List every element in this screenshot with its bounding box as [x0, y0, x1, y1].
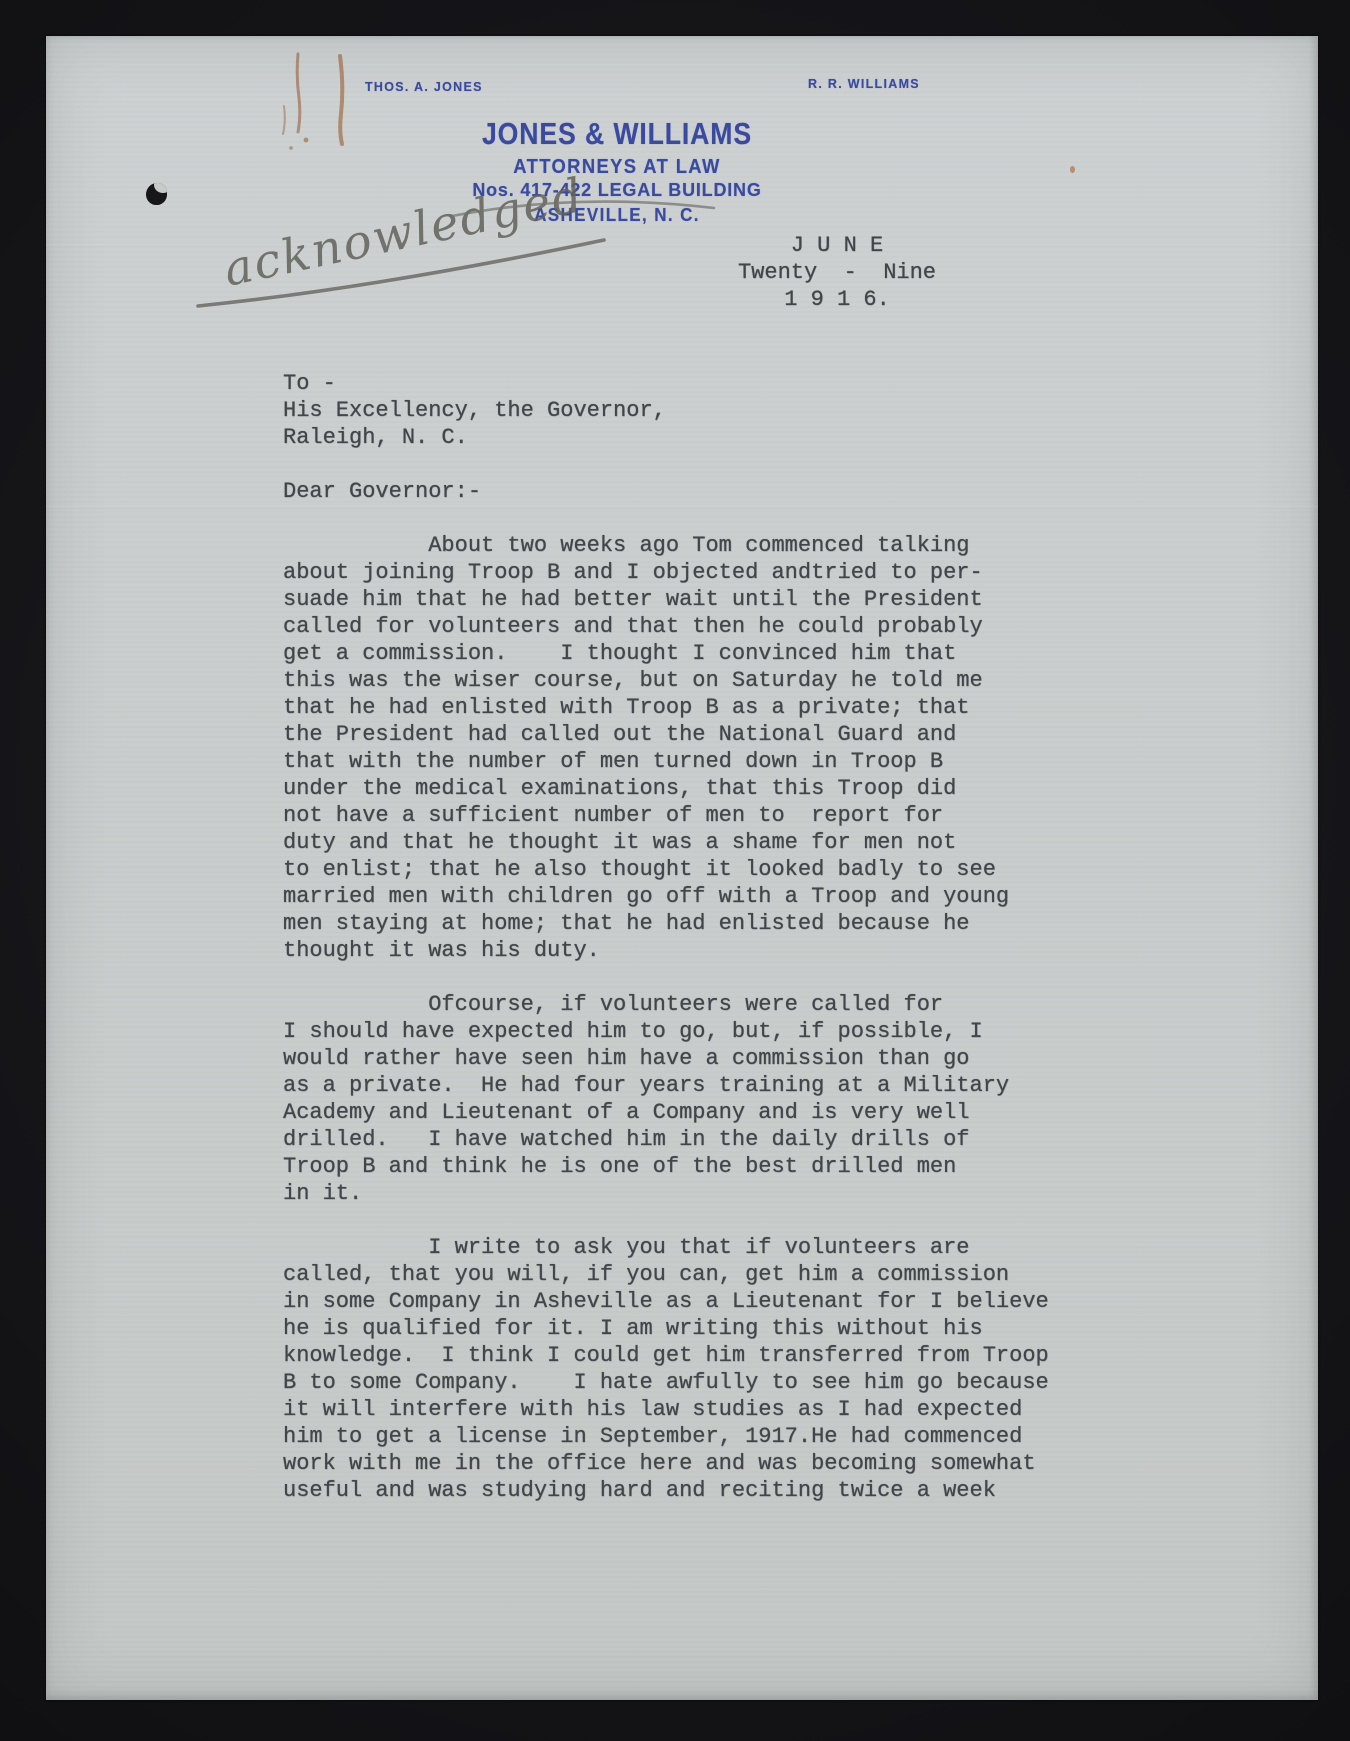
- handwriting-underline-stroke: [198, 240, 604, 306]
- rust-stain-streaks: [236, 36, 376, 166]
- firm-name: JONES & WILLIAMS: [359, 116, 875, 152]
- partner-name-left: THOS. A. JONES: [365, 80, 483, 94]
- letter-body: To - His Excellency, the Governor, Ralei…: [283, 370, 1049, 1504]
- hole-punch: [146, 183, 167, 205]
- rust-speck: [1070, 166, 1075, 173]
- hole-punch-glint: [154, 183, 167, 193]
- date-block: J U N E Twenty - Nine 1 9 1 6.: [712, 232, 962, 313]
- partner-name-right: R. R. WILLIAMS: [808, 77, 920, 91]
- paper-crease: [46, 244, 1318, 247]
- scan-background: THOS. A. JONES R. R. WILLIAMS JONES & WI…: [0, 0, 1350, 1741]
- firm-address-line: Nos. 417-422 LEGAL BUILDING: [317, 180, 917, 201]
- letter-scan-page: THOS. A. JONES R. R. WILLIAMS JONES & WI…: [46, 36, 1318, 1700]
- firm-title: ATTORNEYS AT LAW: [341, 156, 893, 179]
- firm-city-line: ASHEVILLE, N. C.: [341, 204, 893, 226]
